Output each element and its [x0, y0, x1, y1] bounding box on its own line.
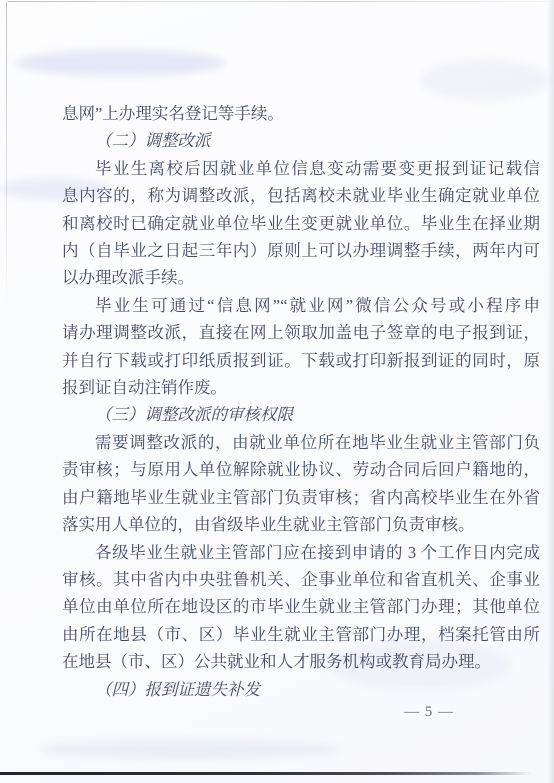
scanned-document-page: 息网”上办理实名登记等手续。（二）调整改派毕业生离校后因就业单位信息变动需要变更… — [0, 0, 554, 783]
scan-edge-right — [547, 0, 554, 783]
text-line: 毕业生离校后因就业单位信息变动需要变更报到证记载信 — [62, 155, 540, 182]
text-line: 报到证自动注销作废。 — [62, 374, 540, 401]
scan-artifact — [15, 50, 225, 76]
text-line: 内（自毕业之日起三年内）原则上可以办理调整手续，两年内可 — [62, 237, 540, 264]
text-line: 在地县（市、区）公共就业和人才服务机构或教育局办理。 — [62, 648, 540, 675]
text-line: 和离校时已确定就业单位毕业生变更就业单位。毕业生在择业期 — [62, 210, 540, 237]
text-line: 单位由单位所在地设区的市毕业生就业主管部门办理；其他单位 — [62, 593, 540, 620]
scan-artifact — [420, 60, 550, 100]
text-line: 需要调整改派的，由就业单位所在地毕业生就业主管部门负 — [62, 429, 540, 456]
scan-edge-bottom — [0, 772, 554, 775]
section-heading: （三）调整改派的审核权限 — [62, 401, 540, 428]
text-line: 由户籍地毕业生就业主管部门负责审核；省内高校毕业生在外省 — [62, 484, 540, 511]
text-line: 责审核；与原用人单位解除就业协议、劳动合同后回户籍地的， — [62, 456, 540, 483]
text-line: 息内容的，称为调整改派，包括离校未就业毕业生确定就业单位 — [62, 182, 540, 209]
text-line: 审核。其中省内中央驻鲁机关、企事业单位和省直机关、企事业 — [62, 566, 540, 593]
text-line: 息网”上办理实名登记等手续。 — [62, 100, 540, 127]
scan-edge-top — [8, 1, 548, 2]
document-body: 息网”上办理实名登记等手续。（二）调整改派毕业生离校后因就业单位信息变动需要变更… — [62, 100, 540, 703]
text-line: 并自行下载或打印纸质报到证。下载或打印新报到证的同时，原 — [62, 347, 540, 374]
text-line: 以办理改派手续。 — [62, 264, 540, 291]
scan-artifact — [40, 740, 340, 758]
page-number: — 5 — — [404, 704, 454, 721]
text-line: 由所在地县（市、区）毕业生就业主管部门办理，档案托管由所 — [62, 621, 540, 648]
text-line: 各级毕业生就业主管部门应在接到申请的 3 个工作日内完成 — [62, 539, 540, 566]
text-line: 落实用人单位的，由省级毕业生就业主管部门负责审核。 — [62, 511, 540, 538]
text-line: 请办理调整改派，直接在网上领取加盖电子签章的电子报到证， — [62, 319, 540, 346]
scan-edge-left — [6, 2, 7, 312]
section-heading: （二）调整改派 — [62, 127, 540, 154]
section-heading: （四）报到证遗失补发 — [62, 676, 540, 703]
text-line: 毕业生可通过“信息网”“就业网”微信公众号或小程序申 — [62, 292, 540, 319]
